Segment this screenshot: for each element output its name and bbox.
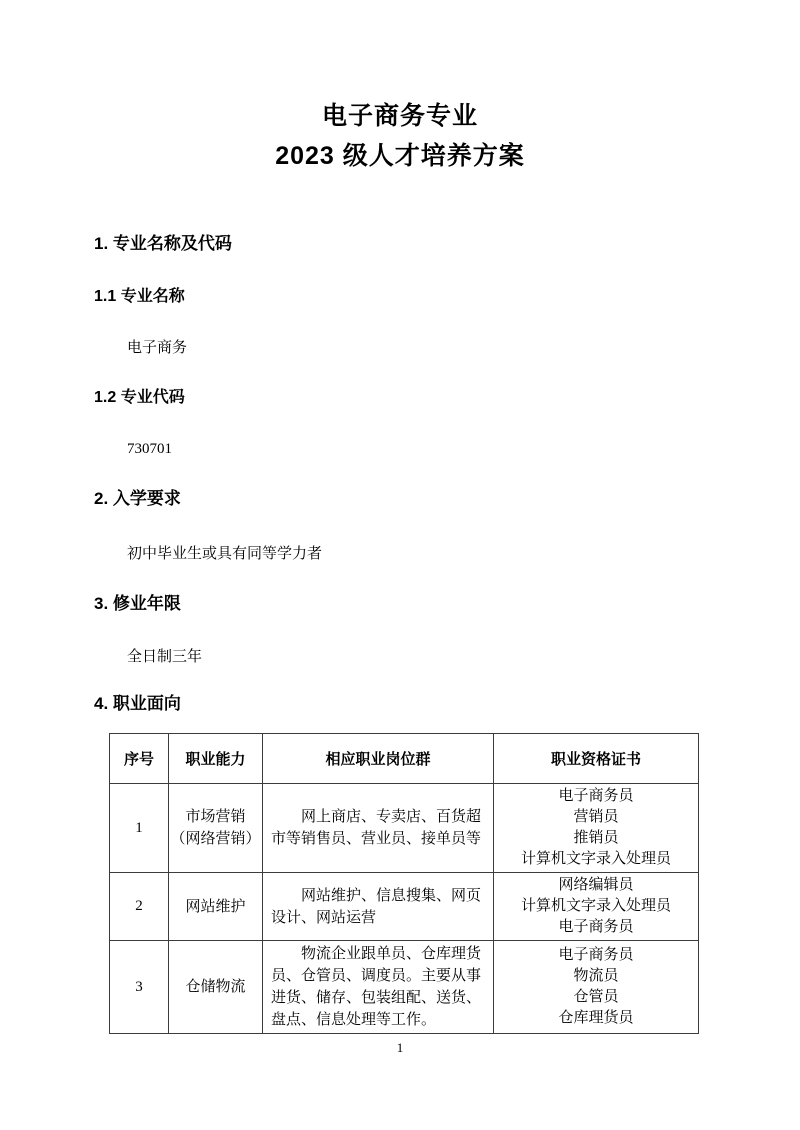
section-heading-1-1: 1.1 专业名称 (94, 287, 185, 307)
table-row: 2 网站维护 网站维护、信息搜集、网页设计、网站运营 网络编辑员 计算机文字录入… (110, 873, 699, 941)
ability-line: 市场营销 (169, 806, 262, 828)
header-cell-no: 序号 (110, 734, 169, 784)
cert-line: 电子商务员 (494, 917, 698, 938)
certs-cell: 网络编辑员 计算机文字录入处理员 电子商务员 (494, 873, 699, 941)
cert-line: 网络编辑员 (494, 875, 698, 896)
section-heading-3: 3. 修业年限 (94, 594, 181, 614)
jobs-cell: 网站维护、信息搜集、网页设计、网站运营 (263, 873, 494, 941)
career-orientation-table: 序号 职业能力 相应职业岗位群 职业资格证书 1 市场营销 （网络营销） 网上商… (109, 733, 699, 1034)
certs-cell: 电子商务员 营销员 推销员 计算机文字录入处理员 (494, 784, 699, 873)
row-number-cell: 2 (110, 873, 169, 941)
table-row: 1 市场营销 （网络营销） 网上商店、专卖店、百货超市等销售员、营业员、接单员等… (110, 784, 699, 873)
table-header-row: 序号 职业能力 相应职业岗位群 职业资格证书 (110, 734, 699, 784)
page-number: 1 (0, 1040, 800, 1056)
cert-line: 仓库理货员 (494, 1008, 698, 1029)
cert-line: 仓管员 (494, 987, 698, 1008)
cert-line: 物流员 (494, 966, 698, 987)
ability-cell: 网站维护 (169, 873, 263, 941)
document-page: 电子商务专业 2023 级人才培养方案 1. 专业名称及代码 1.1 专业名称 … (0, 0, 800, 1130)
jobs-text: 网站维护、信息搜集、网页设计、网站运营 (263, 885, 493, 929)
section-heading-1: 1. 专业名称及代码 (94, 234, 232, 254)
header-cell-jobs: 相应职业岗位群 (263, 734, 494, 784)
header-cell-certs: 职业资格证书 (494, 734, 699, 784)
cert-line: 计算机文字录入处理员 (494, 896, 698, 917)
section-heading-2: 2. 入学要求 (94, 489, 181, 509)
ability-cell: 仓储物流 (169, 941, 263, 1034)
cert-line: 营销员 (494, 807, 698, 828)
jobs-text: 网上商店、专卖店、百货超市等销售员、营业员、接单员等 (263, 806, 493, 850)
ability-cell: 市场营销 （网络营销） (169, 784, 263, 873)
entry-requirement-text: 初中毕业生或具有同等学力者 (127, 545, 322, 563)
table-row: 3 仓储物流 物流企业跟单员、仓库理货员、仓管员、调度员。主要从事进货、储存、包… (110, 941, 699, 1034)
row-number-cell: 3 (110, 941, 169, 1034)
jobs-text: 物流企业跟单员、仓库理货员、仓管员、调度员。主要从事进货、储存、包装组配、送货、… (263, 943, 493, 1031)
ability-line: 仓储物流 (169, 976, 262, 998)
header-cell-ability: 职业能力 (169, 734, 263, 784)
section-heading-1-2: 1.2 专业代码 (94, 388, 185, 408)
cert-line: 电子商务员 (494, 945, 698, 966)
document-title-line1: 电子商务专业 (0, 101, 800, 131)
major-code-text: 730701 (127, 440, 172, 458)
certs-cell: 电子商务员 物流员 仓管员 仓库理货员 (494, 941, 699, 1034)
cert-line: 计算机文字录入处理员 (494, 849, 698, 870)
jobs-cell: 网上商店、专卖店、百货超市等销售员、营业员、接单员等 (263, 784, 494, 873)
ability-line: 网站维护 (169, 896, 262, 918)
cert-line: 推销员 (494, 828, 698, 849)
cert-line: 电子商务员 (494, 786, 698, 807)
section-heading-4: 4. 职业面向 (94, 694, 181, 714)
jobs-cell: 物流企业跟单员、仓库理货员、仓管员、调度员。主要从事进货、储存、包装组配、送货、… (263, 941, 494, 1034)
document-title-line2: 2023 级人才培养方案 (0, 141, 800, 171)
major-name-text: 电子商务 (127, 339, 187, 357)
row-number-cell: 1 (110, 784, 169, 873)
ability-line: （网络营销） (169, 828, 262, 850)
study-duration-text: 全日制三年 (127, 648, 202, 666)
